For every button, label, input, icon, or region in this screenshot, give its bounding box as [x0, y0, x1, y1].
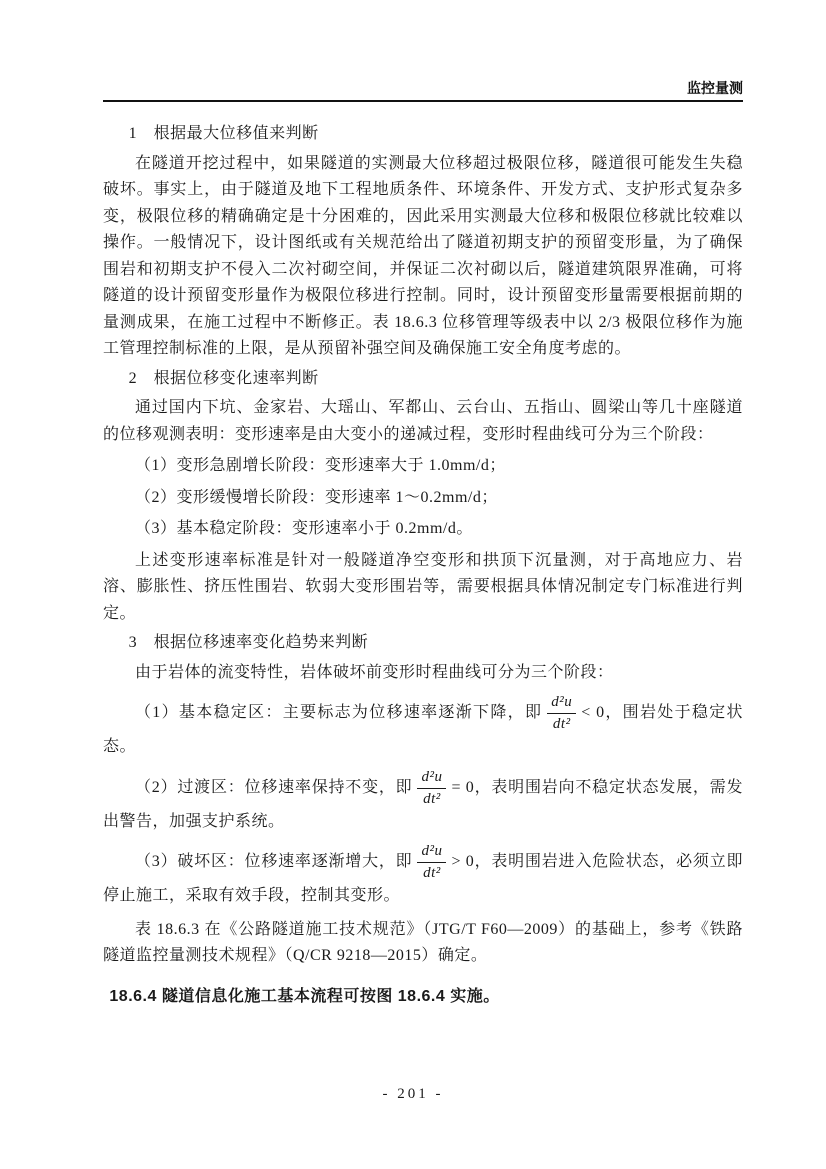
body-paragraph-3: 上述变形速率标准是针对一般隧道净空变形和拱顶下沉量测，对于高地应力、岩溶、膨胀性…: [103, 548, 743, 628]
clause-heading-18-6-4: 18.6.4 隧道信息化施工基本流程可按图 18.6.4 实施。: [103, 984, 743, 1011]
derivative-fraction: d²udt²: [417, 842, 446, 883]
body-paragraph-4: 由于岩体的流变特性，岩体破坏前变形时程曲线可分为三个阶段：: [103, 660, 743, 687]
running-header: 监控量测: [103, 80, 743, 102]
formula-paragraph-1: （1）基本稳定区：主要标志为位移速率逐渐下降，即d²udt²< 0，围岩处于稳定…: [103, 693, 743, 761]
body-paragraph-5: 表 18.6.3 在《公路隧道施工技术规范》（JTG/T F60—2009）的基…: [103, 917, 743, 970]
section-heading-1: 1 根据最大位移值来判断: [103, 121, 743, 148]
fraction-denominator: dt²: [417, 789, 446, 809]
formula-text-before: （1）基本稳定区：主要标志为位移速率逐渐下降，即: [135, 704, 542, 721]
fraction-numerator: d²u: [417, 768, 446, 789]
body-paragraph-2: 通过国内下坑、金家岩、大瑶山、军都山、云台山、五指山、圆梁山等几十座隧道的位移观…: [103, 395, 743, 448]
page-content: 监控量测 1 根据最大位移值来判断 在隧道开挖过程中，如果隧道的实测最大位移超过…: [103, 80, 743, 1010]
fraction-denominator: dt²: [417, 863, 446, 883]
section-heading-3: 3 根据位移速率变化趋势来判断: [103, 630, 743, 657]
list-item-3: （3）基本稳定阶段：变形速率小于 0.2mm/d。: [103, 516, 743, 543]
formula-text-before: （2）过渡区：位移速率保持不变，即: [135, 779, 412, 796]
formula-paragraph-2: （2）过渡区：位移速率保持不变，即d²udt²= 0，表明围岩向不稳定状态发展，…: [103, 768, 743, 836]
fraction-denominator: dt²: [547, 714, 576, 734]
fraction-numerator: d²u: [547, 693, 576, 714]
body-paragraph-1: 在隧道开挖过程中，如果隧道的实测最大位移超过极限位移，隧道很可能发生失稳破坏。事…: [103, 151, 743, 363]
formula-text-before: （3）破坏区：位移速率逐渐增大，即: [135, 853, 412, 870]
fraction-numerator: d²u: [417, 842, 446, 863]
running-header-title: 监控量测: [687, 80, 743, 96]
derivative-fraction: d²udt²: [417, 768, 446, 809]
list-item-1: （1）变形急剧增长阶段：变形速率大于 1.0mm/d；: [103, 453, 743, 480]
section-heading-2: 2 根据位移变化速率判断: [103, 366, 743, 393]
page-number: - 201 -: [383, 1086, 444, 1102]
document-page: 监控量测 1 根据最大位移值来判断 在隧道开挖过程中，如果隧道的实测最大位移超过…: [0, 0, 826, 1169]
page-footer: - 201 -: [0, 1086, 826, 1103]
formula-paragraph-3: （3）破坏区：位移速率逐渐增大，即d²udt²> 0，表明围岩进入危险状态，必须…: [103, 842, 743, 910]
derivative-fraction: d²udt²: [547, 693, 576, 734]
list-item-2: （2）变形缓慢增长阶段：变形速率 1～0.2mm/d；: [103, 485, 743, 512]
